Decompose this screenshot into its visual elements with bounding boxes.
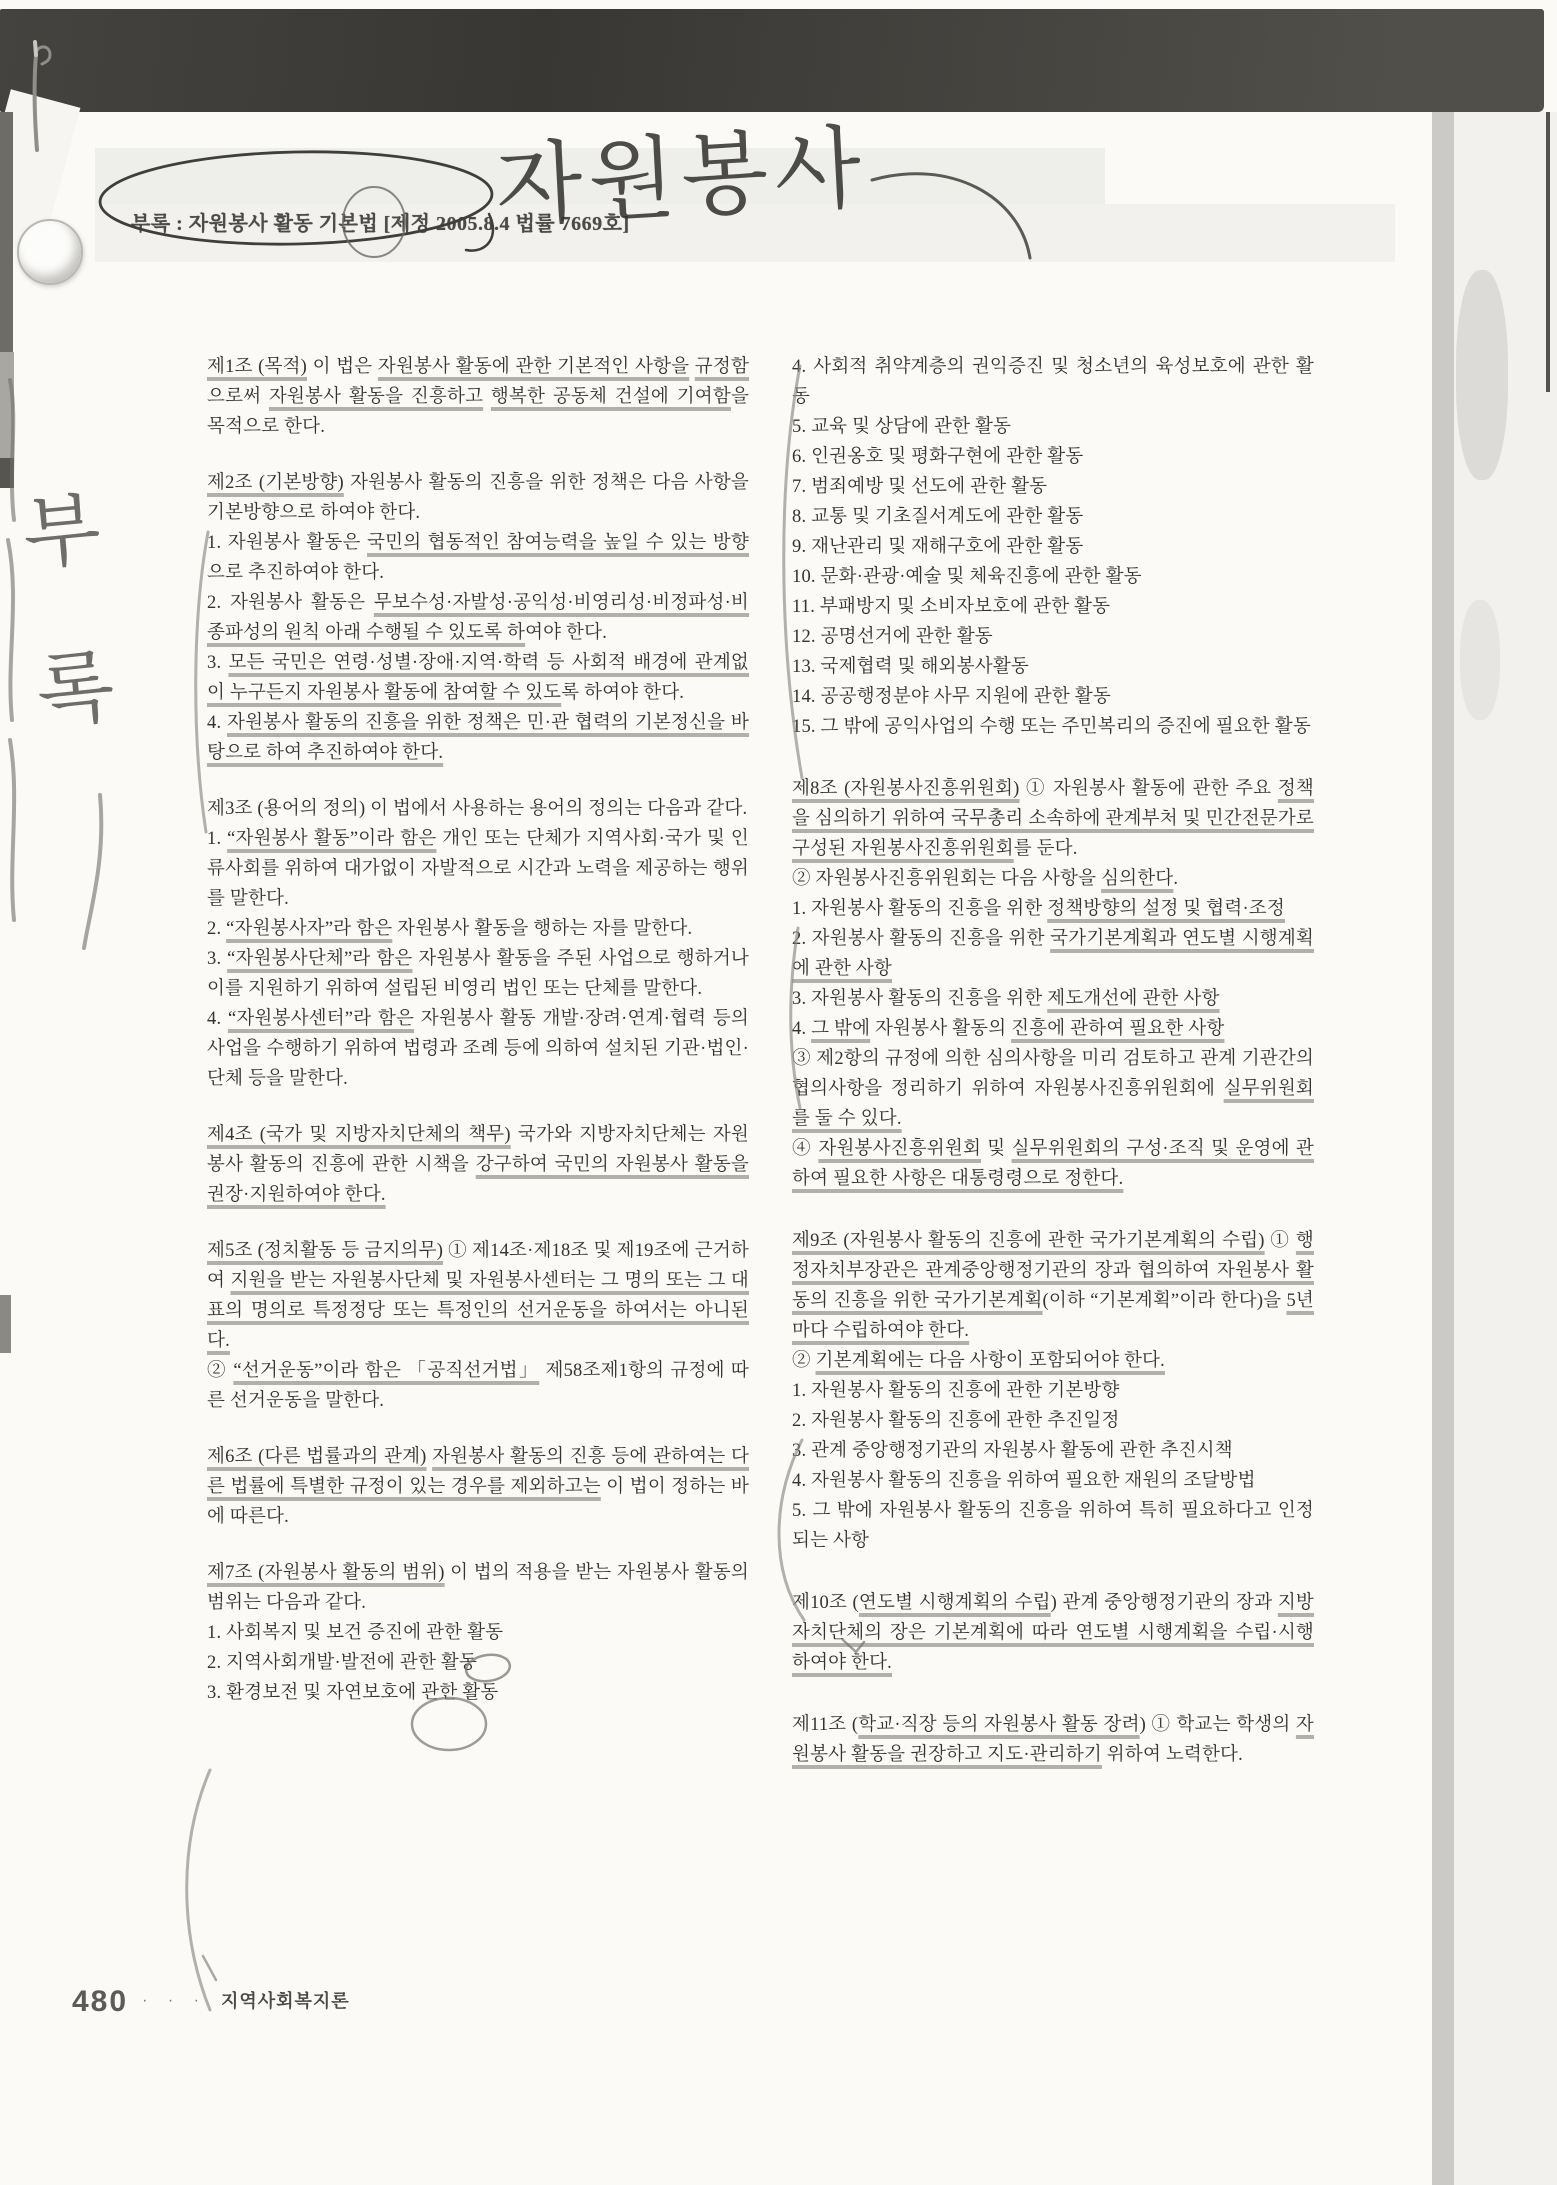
article-1: 제1조 (목적) 이 법은 자원봉사 활동에 관한 기본적인 사항을 규정함으로…	[207, 352, 749, 442]
law-paragraph: 5. 그 밖에 자원봉사 활동의 진흥을 위하여 특히 필요하다고 인정되는 사…	[792, 1496, 1314, 1556]
law-paragraph: 제4조 (국가 및 지방자치단체의 책무) 국가와 지방자치단체는 자원봉사 활…	[207, 1120, 749, 1210]
article-8: 제8조 (자원봉사진흥위원회) ① 자원봉사 활동에 관한 주요 정책을 심의하…	[792, 774, 1314, 1194]
text: 자원봉사 활동을 행하는 자를 말한다.	[392, 919, 692, 939]
law-paragraph: 제8조 (자원봉사진흥위원회) ① 자원봉사 활동에 관한 주요 정책을 심의하…	[792, 774, 1314, 864]
text: 3. 환경보전 및 자연보호에 관한 활동	[207, 1683, 498, 1703]
law-paragraph: 제2조 (기본방향) 자원봉사 활동의 진흥을 위한 정책은 다음 사항을 기본…	[207, 468, 749, 528]
text: 4.	[207, 713, 227, 733]
underlined-text: 정책방향의 설정 및 협력·조정	[1047, 899, 1285, 919]
law-paragraph: 3. “자원봉사단체”라 함은 자원봉사 활동을 주된 사업으로 행하거나 이를…	[207, 944, 749, 1004]
article-4: 제4조 (국가 및 지방자치단체의 책무) 국가와 지방자치단체는 자원봉사 활…	[207, 1120, 749, 1210]
text: 으로써	[207, 387, 269, 407]
page-edge-mark	[0, 458, 14, 488]
underlined-text: 기본계획에는 다음 사항이 포함되어야 한다.	[816, 1351, 1165, 1371]
underlined-text: 지원을 받는 자원봉사단체 및 자원봉사센터는 그 명의 또는 그 대표의 명의…	[207, 1271, 749, 1351]
text: 3.	[207, 653, 229, 673]
text: 4.	[207, 1009, 228, 1029]
article-7: 제7조 (자원봉사 활동의 범위) 이 법의 적용을 받는 자원봉사 활동의 범…	[207, 1558, 749, 1708]
article-2: 제2조 (기본방향) 자원봉사 활동의 진흥을 위한 정책은 다음 사항을 기본…	[207, 468, 749, 768]
handwritten-annotation-top: 자원봉사	[492, 94, 870, 243]
law-paragraph: ② 기본계획에는 다음 사항이 포함되어야 한다.	[792, 1346, 1314, 1376]
text: ②	[792, 1351, 816, 1371]
text: 1. 사회복지 및 보건 증진에 관한 활동	[207, 1623, 503, 1643]
left-column: 제1조 (목적) 이 법은 자원봉사 활동에 관한 기본적인 사항을 규정함으로…	[207, 352, 749, 1734]
text: ② 자원봉사진흥위원회는 다음 사항을	[792, 869, 1101, 889]
text: 록 하여야 한다.	[561, 683, 684, 703]
text: 11. 부패방지 및 소비자보호에 관한 활동	[792, 597, 1110, 617]
underlined-text: 제6조 (다른 법률과의 관계)	[207, 1447, 427, 1467]
law-paragraph: 7. 범죄예방 및 선도에 관한 활동	[792, 472, 1314, 502]
text: 1. 자원봉사 활동의 진흥에 관한 기본방향	[792, 1381, 1120, 1401]
article-11: 제11조 (학교·직장 등의 자원봉사 활동 장려) ① 학교는 학생의 자원봉…	[792, 1710, 1314, 1770]
text: 1. 자원봉사 활동의 진흥을 위한	[792, 899, 1047, 919]
text: 3.	[207, 949, 227, 969]
underlined-text: “자원봉사센터”라 함은	[228, 1009, 414, 1029]
text: ①	[1265, 1231, 1296, 1251]
text: ① 자원봉사 활동에 관한 주요	[1019, 779, 1277, 799]
law-paragraph: 제9조 (자원봉사 활동의 진흥에 관한 국가기본계획의 수립) ① 행정자치부…	[792, 1226, 1314, 1346]
text: 13. 국제협력 및 해외봉사활동	[792, 657, 1029, 677]
text: 4.	[792, 1019, 811, 1039]
law-paragraph: 3. 모든 국민은 연령·성별·장애·지역·학력 등 사회적 배경에 관계없이 …	[207, 648, 749, 708]
punch-hole	[17, 219, 83, 285]
law-paragraph: 1. 자원봉사 활동은 국민의 협동적인 참여능력을 높일 수 있는 방향으로 …	[207, 528, 749, 588]
text: 4. 사회적 취약계층의 권익증진 및 청소년의 육성보호에 관한 활동	[792, 357, 1314, 407]
law-paragraph: 1. 자원봉사 활동의 진흥을 위한 정책방향의 설정 및 협력·조정	[792, 894, 1314, 924]
underlined-text: “자원봉사자”라 함은	[226, 919, 392, 939]
law-paragraph: 3. 자원봉사 활동의 진흥을 위한 제도개선에 관한 사항	[792, 984, 1314, 1014]
law-paragraph: 2. 자원봉사 활동의 진흥에 관한 추진일정	[792, 1406, 1314, 1436]
footer-pencil-stroke	[203, 1956, 216, 1980]
text: 7. 범죄예방 및 선도에 관한 활동	[792, 477, 1047, 497]
underlined-text: 제4조 (국가 및 지방자치단체의 책무)	[207, 1125, 511, 1145]
underlined-text: 자원봉사 활동에 관한 기본적인 사항을	[378, 357, 689, 377]
text: 3. 관계 중앙행정기관의 자원봉사 활동에 관한 추진시책	[792, 1441, 1233, 1461]
article-10: 제10조 (연도별 시행계획의 수립) 관계 중앙행정기관의 장과 지방자치단체…	[792, 1588, 1314, 1678]
page-edge-shadow	[1432, 112, 1454, 2185]
underlined-text: 자원봉사진흥위원회	[818, 1139, 981, 1159]
scan-edge-line	[1546, 112, 1550, 392]
page-edge-mark	[0, 112, 13, 352]
law-paragraph: 1. 사회복지 및 보건 증진에 관한 활동	[207, 1618, 749, 1648]
text: 12. 공명선거에 관한 활동	[792, 627, 993, 647]
law-paragraph: 10. 문화·관광·예술 및 체육진흥에 관한 활동	[792, 562, 1314, 592]
article-7-items-4-15: 4. 사회적 취약계층의 권익증진 및 청소년의 육성보호에 관한 활동5. 교…	[792, 352, 1314, 742]
text: 2. 자원봉사 활동의 진흥을 위한	[792, 929, 1050, 949]
article-9: 제9조 (자원봉사 활동의 진흥에 관한 국가기본계획의 수립) ① 행정자치부…	[792, 1226, 1314, 1556]
law-paragraph: 제3조 (용어의 정의) 이 법에서 사용하는 용어의 정의는 다음과 같다.	[207, 794, 749, 824]
underlined-text: “자원봉사단체”라 함은	[227, 949, 412, 969]
text: 1.	[207, 829, 227, 849]
scanner-dark-band	[0, 9, 1544, 112]
law-paragraph: 3. 환경보전 및 자연보호에 관한 활동	[207, 1678, 749, 1708]
text: 를 둔다.	[1014, 839, 1078, 859]
law-paragraph: 13. 국제협력 및 해외봉사활동	[792, 652, 1314, 682]
law-paragraph: ③ 제2항의 규정에 의한 심의사항을 미리 검토하고 관계 기관간의 협의사항…	[792, 1044, 1314, 1134]
law-paragraph: 제11조 (학교·직장 등의 자원봉사 활동 장려) ① 학교는 학생의 자원봉…	[792, 1710, 1314, 1770]
text: 3. 자원봉사 활동의 진흥을 위한	[792, 989, 1047, 1009]
text: ) 관계 중앙행정기관의 장과	[1051, 1593, 1278, 1613]
right-column: 4. 사회적 취약계층의 권익증진 및 청소년의 육성보호에 관한 활동5. 교…	[792, 352, 1314, 1802]
law-paragraph: 14. 공공행정분야 사무 지원에 관한 활동	[792, 682, 1314, 712]
law-paragraph: ④ 자원봉사진흥위원회 및 실무위원회의 구성·조직 및 운영에 관하여 필요한…	[792, 1134, 1314, 1194]
text: 8. 교통 및 기초질서계도에 관한 활동	[792, 507, 1083, 527]
law-paragraph: 15. 그 밖에 공익사업의 수행 또는 주민복리의 증진에 필요한 활동	[792, 712, 1314, 742]
underlined-text: 제도개선에 관한 사항	[1047, 989, 1219, 1009]
text: 자원봉사 활동의	[870, 1019, 1011, 1039]
text: 5. 그 밖에 자원봉사 활동의 진흥을 위하여 특히 필요하다고 인정되는 사…	[792, 1501, 1314, 1551]
law-paragraph: 1. “자원봉사 활동”이라 함은 개인 또는 단체가 지역사회·국가 및 인류…	[207, 824, 749, 914]
law-paragraph: 제10조 (연도별 시행계획의 수립) 관계 중앙행정기관의 장과 지방자치단체…	[792, 1588, 1314, 1678]
text: 제11조 (	[792, 1715, 858, 1735]
law-paragraph: ② “선거운동”이라 함은 「공직선거법」 제58조제1항의 규정에 따른 선거…	[207, 1356, 749, 1416]
law-paragraph: 2. 자원봉사 활동은 무보수성·자발성·공익성·비영리성·비정파성·비종파성의…	[207, 588, 749, 648]
scanned-page: { "header": { "title": "부록 : 자원봉사 활동 기본법…	[0, 0, 1557, 2185]
law-paragraph: 제5조 (정치활동 등 금지의무) ① 제14조·제18조 및 제19조에 근거…	[207, 1236, 749, 1356]
law-paragraph: 12. 공명선거에 관한 활동	[792, 622, 1314, 652]
text: (이하 “기본계획”이라 한다)을	[1043, 1291, 1287, 1311]
underlined-text: 자원봉사 활동을 진흥하고	[269, 387, 483, 407]
text: 제3조 (용어의 정의) 이 법에서 사용하는 용어의 정의는 다음과 같다.	[207, 799, 747, 819]
underlined-text: 진흥에 관하여 필요한 사항	[1011, 1019, 1224, 1039]
underlined-text: 심의한다	[1101, 869, 1173, 889]
page-number: 480	[72, 1985, 128, 2018]
text: 2. 지역사회개발·발전에 관한 활동	[207, 1653, 477, 1673]
law-paragraph: 4. 자원봉사 활동의 진흥을 위한 정책은 민·관 협력의 기본정신을 바탕으…	[207, 708, 749, 768]
law-paragraph: 4. 자원봉사 활동의 진흥을 위하여 필요한 재원의 조달방법	[792, 1466, 1314, 1496]
law-paragraph: 제1조 (목적) 이 법은 자원봉사 활동에 관한 기본적인 사항을 규정함으로…	[207, 352, 749, 442]
law-paragraph: 제7조 (자원봉사 활동의 범위) 이 법의 적용을 받는 자원봉사 활동의 범…	[207, 1558, 749, 1618]
article-6: 제6조 (다른 법률과의 관계) 자원봉사 활동의 진흥 등에 관하여는 다른 …	[207, 1442, 749, 1532]
text: 2. 자원봉사 활동은	[207, 593, 374, 613]
handwritten-margin-note: 부록	[16, 449, 135, 772]
underlined-text: 연도별 시행계획의 수립	[859, 1593, 1051, 1613]
text	[483, 387, 491, 407]
underlined-text: 제5조 (정치활동 등 금지의무)	[207, 1241, 443, 1261]
article-3: 제3조 (용어의 정의) 이 법에서 사용하는 용어의 정의는 다음과 같다.1…	[207, 794, 749, 1094]
law-paragraph: 5. 교육 및 상담에 관한 활동	[792, 412, 1314, 442]
text: 6. 인권옹호 및 평화구현에 관한 활동	[792, 447, 1083, 467]
text: 5. 교육 및 상담에 관한 활동	[792, 417, 1011, 437]
law-paragraph: 2. “자원봉사자”라 함은 자원봉사 활동을 행하는 자를 말한다.	[207, 914, 749, 944]
page-edge-mark	[0, 1295, 11, 1353]
scan-smudge	[1456, 270, 1508, 480]
underlined-text: 행복한 공동체 건설에 기여함	[491, 387, 731, 407]
law-paragraph: 1. 자원봉사 활동의 진흥에 관한 기본방향	[792, 1376, 1314, 1406]
underlined-text: 제9조 (자원봉사 활동의 진흥에 관한 국가기본계획의 수립)	[792, 1231, 1265, 1251]
law-paragraph: 4. 사회적 취약계층의 권익증진 및 청소년의 육성보호에 관한 활동	[792, 352, 1314, 412]
text: 14. 공공행정분야 사무 지원에 관한 활동	[792, 687, 1111, 707]
text: ) ① 학교는 학생의	[1140, 1715, 1296, 1735]
law-paragraph: 3. 관계 중앙행정기관의 자원봉사 활동에 관한 추진시책	[792, 1436, 1314, 1466]
text: ④	[792, 1139, 818, 1159]
underlined-text: “선거운동”이라 함은 「공직선거법」	[233, 1361, 539, 1381]
text: 2.	[207, 919, 226, 939]
text: 이 법은	[307, 357, 378, 377]
underlined-text: 제8조 (자원봉사진흥위원회)	[792, 779, 1019, 799]
underlined-text: 국민의 협동적인 참여능력을 높일 수 있는 방향	[367, 533, 749, 553]
text: 9. 재난관리 및 재해구호에 관한 활동	[792, 537, 1083, 557]
text: 여야 한다.	[525, 623, 607, 643]
text: 제10조 (	[792, 1593, 859, 1613]
underlined-text: 규정함	[695, 357, 749, 377]
underlined-text: 그 밖에	[811, 1019, 870, 1039]
law-paragraph: 2. 지역사회개발·발전에 관한 활동	[207, 1648, 749, 1678]
text: ②	[207, 1361, 233, 1381]
text: .	[1173, 869, 1178, 889]
article-5: 제5조 (정치활동 등 금지의무) ① 제14조·제18조 및 제19조에 근거…	[207, 1236, 749, 1416]
book-title: 지역사회복지론	[221, 1991, 350, 2011]
text: 10. 문화·관광·예술 및 체육진흥에 관한 활동	[792, 567, 1142, 587]
text: 4. 자원봉사 활동의 진흥을 위하여 필요한 재원의 조달방법	[792, 1471, 1256, 1491]
underlined-text: 학교·직장 등의 자원봉사 활동 장려	[858, 1715, 1139, 1735]
page-footer: 480· · ·지역사회복지론	[72, 1985, 350, 2019]
underlined-text: 제7조 (자원봉사 활동의 범위)	[207, 1563, 445, 1583]
underlined-text: 자원봉사 활동의 진흥을 위한 정책은 민·관 협력의 기본정신을 바탕으로 하…	[207, 713, 749, 763]
underlined-text: 제2조 (기본방향)	[207, 473, 344, 493]
text: 으로 추진하여야 한다.	[207, 563, 384, 583]
law-paragraph: 9. 재난관리 및 재해구호에 관한 활동	[792, 532, 1314, 562]
underlined-text: “자원봉사 활동”이라 함은	[227, 829, 436, 849]
text: 1. 자원봉사 활동은	[207, 533, 367, 553]
text: 위하여 노력한다.	[1102, 1745, 1243, 1765]
scan-smudge	[1460, 600, 1500, 720]
text: 2. 자원봉사 활동의 진흥에 관한 추진일정	[792, 1411, 1120, 1431]
footer-dots: · · ·	[142, 1992, 207, 2009]
page-edge-mark	[0, 352, 14, 460]
law-paragraph: 8. 교통 및 기초질서계도에 관한 활동	[792, 502, 1314, 532]
law-paragraph: 11. 부패방지 및 소비자보호에 관한 활동	[792, 592, 1314, 622]
underlined-text: 제1조 (목적)	[207, 357, 307, 377]
law-paragraph: 제6조 (다른 법률과의 관계) 자원봉사 활동의 진흥 등에 관하여는 다른 …	[207, 1442, 749, 1532]
text: 15. 그 밖에 공익사업의 수행 또는 주민복리의 증진에 필요한 활동	[792, 717, 1311, 737]
text: 및	[981, 1139, 1012, 1159]
law-paragraph: 6. 인권옹호 및 평화구현에 관한 활동	[792, 442, 1314, 472]
law-paragraph: 4. “자원봉사센터”라 함은 자원봉사 활동 개발·장려·연계·협력 등의 사…	[207, 1004, 749, 1094]
law-paragraph: ② 자원봉사진흥위원회는 다음 사항을 심의한다.	[792, 864, 1314, 894]
law-paragraph: 4. 그 밖에 자원봉사 활동의 진흥에 관하여 필요한 사항	[792, 1014, 1314, 1044]
law-paragraph: 2. 자원봉사 활동의 진흥을 위한 국가기본계획과 연도별 시행계획에 관한 …	[792, 924, 1314, 984]
